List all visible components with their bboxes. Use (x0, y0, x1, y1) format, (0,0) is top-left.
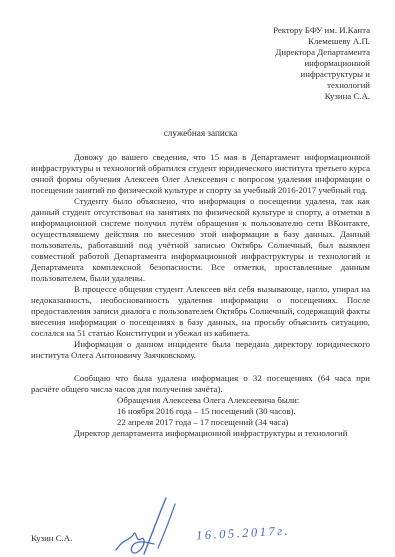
recipient-line: Ректору БФУ им. И.Канта (200, 25, 370, 36)
signoff-position: Директор департамента информационной инф… (31, 428, 370, 439)
summary-paragraph: Сообщаю что была удалена информация о 32… (31, 373, 370, 395)
signature-ink (108, 496, 193, 556)
paragraph: Информация о данном инциденте была перед… (31, 339, 370, 361)
signoff-name: Кузин С.А. (31, 533, 72, 544)
handwritten-date: 16.05.2017г. (196, 526, 291, 542)
recipient-line: Кузина С.А. (200, 91, 370, 102)
recipient-block: Ректору БФУ им. И.Канта Клемешеву А.П. Д… (200, 25, 370, 102)
appeals-intro: Обращения Алексеева Олега Алексеевича бы… (31, 395, 370, 406)
appeal-item: 16 ноября 2016 года – 15 посещений (30 ч… (31, 406, 370, 417)
paragraph: Студенту было объяснено, что информация … (31, 196, 370, 284)
appeal-item: 22 апреля 2017 года – 17 посещений (34 ч… (31, 417, 370, 428)
recipient-line: технологий (200, 80, 370, 91)
paragraph: В процессе общения студент Алексеев вёл … (31, 284, 370, 339)
recipient-line: Директора Департамента (200, 47, 370, 58)
memo-page: Ректору БФУ им. И.Канта Клемешеву А.П. Д… (0, 0, 395, 557)
paragraph: Довожу до вашего сведения, что 15 мая в … (31, 152, 370, 196)
recipient-line: Клемешеву А.П. (200, 36, 370, 47)
recipient-line: информационной (200, 58, 370, 69)
memo-body: Довожу до вашего сведения, что 15 мая в … (31, 152, 370, 439)
document-title: служебная записка (31, 128, 370, 139)
recipient-line: инфраструктуры и (200, 69, 370, 80)
